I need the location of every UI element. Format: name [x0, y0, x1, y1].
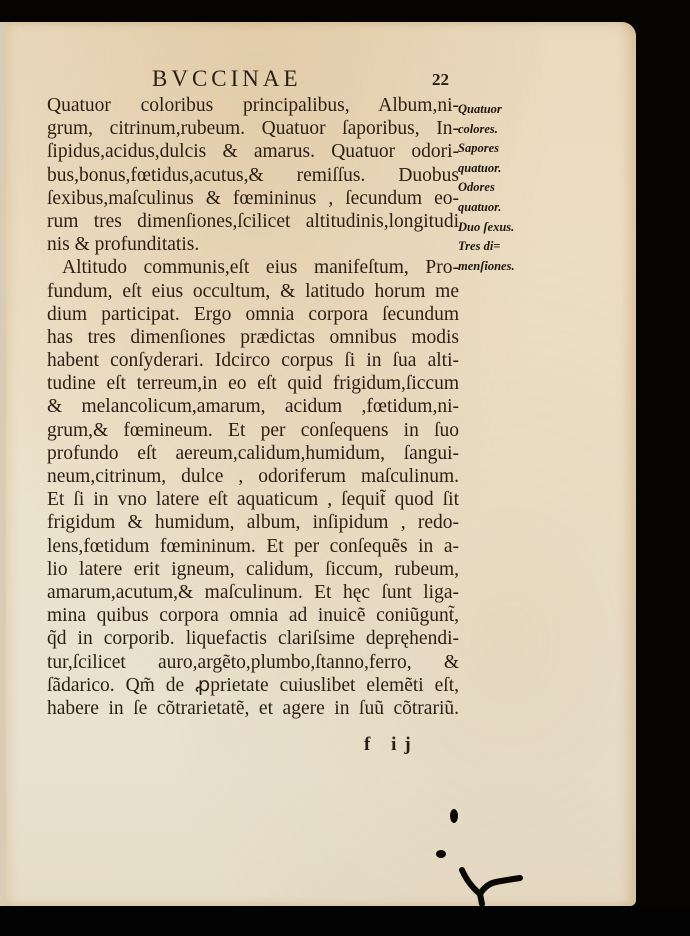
text-line: frigidum & humidum, album, inſipidum , r… — [47, 511, 459, 534]
text-line: ſipidus,acidus,dulcis & amarus. Quatuor … — [47, 140, 459, 163]
margin-note: Duo ſexus. — [458, 218, 538, 238]
handwritten-ink-mark-icon — [430, 800, 530, 910]
running-head: BVCCINAE — [152, 66, 302, 92]
margin-note: Quatuor — [458, 100, 538, 120]
scan-bottom-border — [0, 906, 690, 936]
main-text-block: Quatuor coloribus principalibus, Album,n… — [47, 94, 459, 720]
signature-mark: f ij — [364, 734, 419, 756]
margin-note: quatuor. — [458, 198, 538, 218]
text-line: & melancolicum,amarum, acidum ,fœtidum,n… — [47, 395, 459, 418]
text-line: habere in ſe cõtrarietatẽ, et agere in ſ… — [47, 697, 459, 720]
text-line: fundum, eſt eius occultum, & latitudo ho… — [47, 280, 459, 303]
text-line: mina quibus corpora omnia ad inuicẽ coni… — [47, 604, 459, 627]
text-line: Et ſi in vno latere eſt aquaticum , ſequ… — [47, 488, 459, 511]
text-line: amarum,acutum,& maſculinum. Et hęc ſunt … — [47, 581, 459, 604]
margin-note: Tres di= — [458, 237, 538, 257]
margin-note: quatuor. — [458, 159, 538, 179]
text-line: lio latere erit igneum, calidum, ſiccum,… — [47, 558, 459, 581]
margin-note: colores. — [458, 120, 538, 140]
text-line: nis & profunditatis. — [47, 233, 459, 256]
text-line: ſexibus,maſculinus & fœmininus , ſecundu… — [47, 187, 459, 210]
text-line: grum,& fœmineum. Et per conſequens in ſu… — [47, 419, 459, 442]
margin-note: menſiones. — [458, 257, 538, 277]
text-line: ſãdarico. Qm̃ de ꝓprietate cuiuslibet el… — [47, 674, 459, 697]
text-line: grum, citrinum,rubeum. Quatuor ſaporibus… — [47, 117, 459, 140]
text-line: dium participat. Ergo omnia corpora ſecu… — [47, 303, 459, 326]
text-line: profundo eſt aereum,calidum,humidum, ſan… — [47, 442, 459, 465]
text-line: tudine eſt terreum,in eo eſt quid frigid… — [47, 372, 459, 395]
paragraph-start-line: Altitudo communis,eſt eius manifeſtum, P… — [47, 256, 459, 279]
marginal-notes: Quatuor colores. Sapores quatuor. Odores… — [458, 100, 538, 276]
page-number: 22 — [432, 70, 449, 90]
text-line: habent conſyderari. Idcirco corpus ſi in… — [47, 349, 459, 372]
margin-note: Sapores — [458, 139, 538, 159]
text-line: q̃d in corporib. liquefactis clariſsime … — [47, 627, 459, 650]
text-line: rum tres dimenſiones,ſcilicet altitudini… — [47, 210, 459, 233]
text-line: tur,ſcilicet auro,argẽto,plumbo,ſtanno,f… — [47, 651, 459, 674]
text-line: bus,bonus,fœtidus,acutus,& remiſſus. Duo… — [47, 164, 459, 187]
text-line: neum,citrinum, dulce , odoriferum maſcul… — [47, 465, 459, 488]
text-line: Quatuor coloribus principalibus, Album,n… — [47, 94, 459, 117]
text-line: lens,fœtidum fœmininum. Et per conſequẽs… — [47, 535, 459, 558]
margin-note: Odores — [458, 178, 538, 198]
text-line: has tres dimenſiones prædictas omnibus m… — [47, 326, 459, 349]
